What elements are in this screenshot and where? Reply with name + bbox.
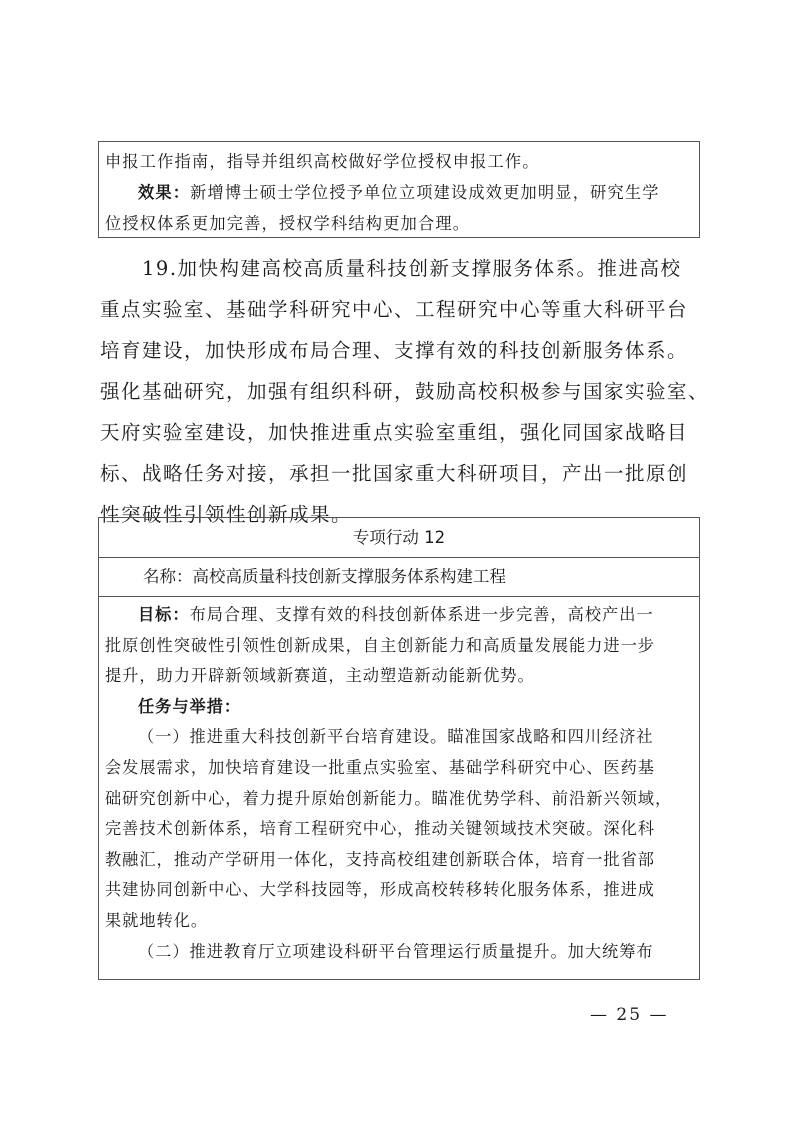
goal-label: 目标： (138, 605, 190, 624)
effect-label: 效果： (138, 183, 190, 202)
task-line: 教融汇，推动产学研用一体化，支持高校组建创新联合体，培育一批省部 (105, 845, 693, 876)
paragraph-line: 标、战略任务对接，承担一批国家重大科研项目，产出一批原创 (100, 453, 700, 494)
task-line: 共建协同创新中心、大学科技园等，形成高校转移转化服务体系，推进成 (105, 875, 693, 906)
goal-line: 提升，助力开辟新领域新赛道，主动塑造新动能新优势。 (105, 661, 693, 692)
effect-text: 新增博士硕士学位授予单位立项建设成效更加明显，研究生学 (190, 183, 659, 202)
goal-text: 布局合理、支撑有效的科技创新体系进一步完善，高校产出一 (190, 605, 654, 624)
paragraph-line: 强化基础研究，加强有组织科研，鼓励高校积极参与国家实验室、 (100, 371, 700, 412)
task-line: 础研究创新中心，着力提升原始创新能力。瞄准优势学科、前沿新兴领域， (105, 784, 693, 815)
table-body: 目标：布局合理、支撑有效的科技创新体系进一步完善，高校产出一 批原创性突破性引领… (99, 597, 699, 967)
task-line: 会发展需求，加快培育建设一批重点实验室、基础学科研究中心、医药基 (105, 753, 693, 784)
box-line-3: 位授权体系更加完善，授权学科结构更加合理。 (105, 208, 693, 239)
section-19-paragraph: 19.加快构建高校高质量科技创新支撑服务体系。推进高校 重点实验室、基础学科研究… (100, 248, 700, 535)
box-line-1: 申报工作指南，指导并组织高校做好学位授权申报工作。 (105, 146, 693, 177)
task-line: （二）推进教育厅立项建设科研平台管理运行质量提升。加大统筹布 (105, 937, 693, 968)
table-name-row: 名称：高校高质量科技创新支撑服务体系构建工程 (99, 558, 699, 597)
task-line: 完善技术创新体系，培育工程研究中心，推动关键领域技术突破。深化科 (105, 814, 693, 845)
continued-text-box: 申报工作指南，指导并组织高校做好学位授权申报工作。 效果：新增博士硕士学位授予单… (98, 141, 700, 238)
paragraph-line: 天府实验室建设，加快推进重点实验室重组，强化同国家战略目 (100, 412, 700, 453)
special-action-table: 专项行动 12 名称：高校高质量科技创新支撑服务体系构建工程 目标：布局合理、支… (98, 517, 700, 980)
box-line-effect: 效果：新增博士硕士学位授予单位立项建设成效更加明显，研究生学 (105, 177, 693, 208)
paragraph-line: 19.加快构建高校高质量科技创新支撑服务体系。推进高校 (100, 248, 700, 289)
task-line: 果就地转化。 (105, 906, 693, 937)
name-label: 名称： (143, 567, 193, 586)
paragraph-line: 重点实验室、基础学科研究中心、工程研究中心等重大科研平台 (100, 289, 700, 330)
task-line: （一）推进重大科技创新平台培育建设。瞄准国家战略和四川经济社 (105, 722, 693, 753)
page-number: — 25 — (590, 1005, 668, 1025)
table-title: 专项行动 12 (99, 518, 699, 558)
goal-line: 批原创性突破性引领性创新成果，自主创新能力和高质量发展能力进一步 (105, 631, 693, 662)
name-value: 高校高质量科技创新支撑服务体系构建工程 (193, 567, 507, 586)
tasks-label: 任务与举措： (105, 692, 693, 723)
paragraph-line: 培育建设，加快形成布局合理、支撑有效的科技创新服务体系。 (100, 330, 700, 371)
goal-line: 目标：布局合理、支撑有效的科技创新体系进一步完善，高校产出一 (105, 600, 693, 631)
